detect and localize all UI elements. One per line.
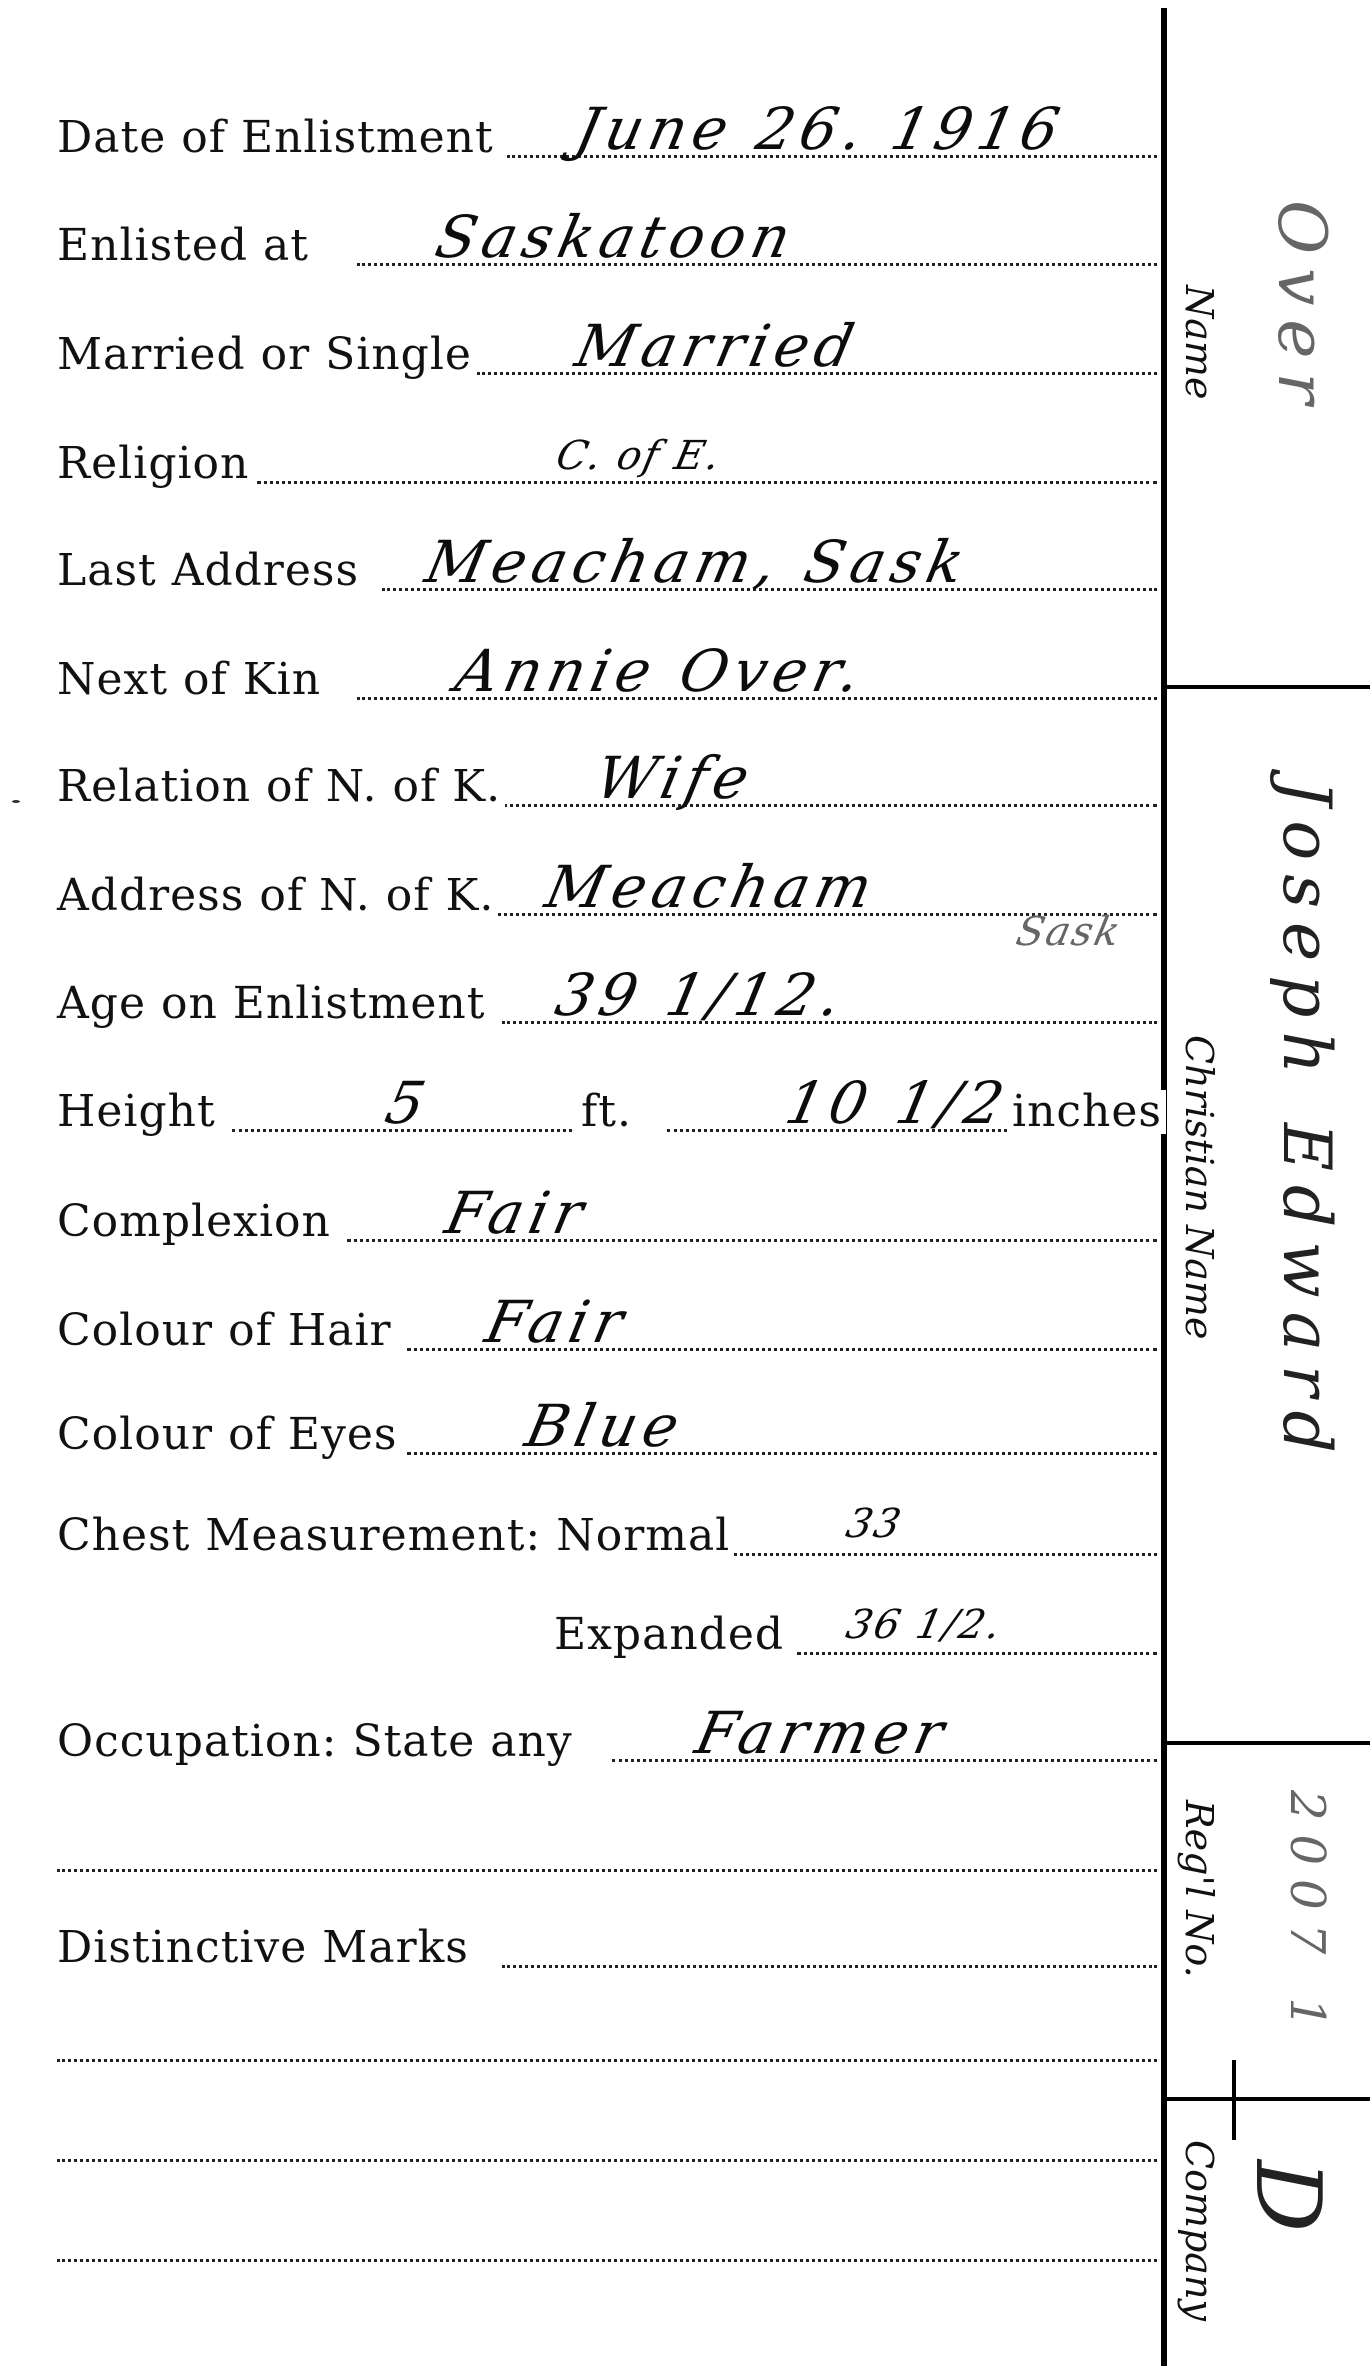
field-value: Saskatoon <box>431 208 802 266</box>
field-age-on-enlistment: Age on Enlistment 39 1/12. <box>57 962 1157 1032</box>
inner-tick <box>1232 2060 1236 2140</box>
height-inches-value: 10 1/2 <box>781 1074 1015 1132</box>
field-label: Expanded <box>554 1613 788 1657</box>
attestation-card: Date of Enlistment June 26. 1916 Enliste… <box>0 0 1370 2366</box>
field-value: Annie Over. <box>451 642 872 700</box>
divider-regt-company <box>1167 2097 1370 2101</box>
field-chest-normal: Chest Measurement: Normal 33 <box>57 1494 1157 1564</box>
field-occupation: Occupation: State any Farmer <box>57 1700 1157 1770</box>
christian-name-value: Joseph Edward <box>1268 780 1345 1467</box>
christian-name-section-label: Christian Name <box>1180 1035 1218 1339</box>
field-height: Height 5 ft. 10 1/2 inches <box>57 1070 1157 1140</box>
divider-name-christian <box>1167 685 1370 689</box>
field-value: 36 1/2. <box>843 1605 1006 1645</box>
field-label: Colour of Eyes <box>57 1413 401 1457</box>
company-value: D <box>1235 2160 1340 2246</box>
field-label: Address of N. of K. <box>57 874 498 918</box>
field-value: Fair <box>441 1184 595 1242</box>
feet-unit-label: ft. <box>581 1090 636 1134</box>
field-value: June 26. 1916 <box>571 100 1070 158</box>
field-colour-of-hair: Colour of Hair Fair <box>57 1289 1157 1359</box>
distinctive-marks-line-3 <box>57 2100 1157 2170</box>
field-value: Fair <box>481 1293 635 1351</box>
field-next-of-kin: Next of Kin Annie Over. <box>57 638 1157 708</box>
field-label: Colour of Hair <box>57 1309 396 1353</box>
dotted-line <box>407 1452 1157 1455</box>
field-label: Last Address <box>57 549 363 593</box>
field-label: Next of Kin <box>57 658 325 702</box>
field-label: Age on Enlistment <box>57 982 489 1026</box>
field-relation-of-nok: Relation of N. of K. Wife <box>57 745 1157 815</box>
dotted-line <box>727 1553 1157 1556</box>
dotted-line <box>502 1965 1157 1968</box>
field-label: Occupation: State any <box>57 1720 577 1764</box>
field-distinctive-marks: Distinctive Marks <box>57 1906 1157 1976</box>
field-value: C. of E. <box>553 436 726 476</box>
dotted-line <box>797 1652 1157 1655</box>
field-religion: Religion C. of E. <box>57 422 1157 492</box>
distinctive-marks-line-2 <box>57 2000 1157 2070</box>
dotted-line <box>57 2159 1157 2162</box>
field-label: Religion <box>57 442 253 486</box>
field-date-of-enlistment: Date of Enlistment June 26. 1916 <box>57 96 1157 166</box>
field-label: Chest Measurement: Normal <box>57 1514 734 1558</box>
company-section-label: Company <box>1180 2140 1218 2321</box>
field-value: Meacham <box>541 858 883 916</box>
field-value: Wife <box>591 749 760 807</box>
regt-no-value: 2007 1 <box>1279 1790 1335 2042</box>
name-value: Over <box>1263 200 1340 418</box>
field-value: Married <box>571 317 865 375</box>
field-value-extra: Sask <box>1013 912 1126 952</box>
regt-no-section-label: Reg'l No. <box>1180 1800 1218 1978</box>
occupation-continuation-line <box>57 1810 1157 1880</box>
height-feet-value: 5 <box>381 1074 436 1132</box>
dotted-line <box>57 1869 1157 1872</box>
field-label: Enlisted at <box>57 224 313 268</box>
field-label: Height <box>57 1090 220 1134</box>
field-label: Complexion <box>57 1200 335 1244</box>
divider-christian-regt <box>1167 1741 1370 1745</box>
field-enlisted-at: Enlisted at Saskatoon <box>57 204 1157 274</box>
distinctive-marks-line-4 <box>57 2200 1157 2270</box>
field-address-of-nok: Address of N. of K. Meacham Sask <box>57 854 1157 924</box>
field-married-or-single: Married or Single Married <box>57 313 1157 383</box>
field-label: Distinctive Marks <box>57 1926 473 1970</box>
dotted-line <box>57 2259 1157 2262</box>
field-colour-of-eyes: Colour of Eyes Blue <box>57 1393 1157 1463</box>
dotted-line <box>57 2059 1157 2062</box>
field-chest-expanded: Expanded 36 1/2. <box>57 1593 1157 1663</box>
field-value: 33 <box>843 1504 906 1544</box>
field-value: Farmer <box>691 1704 955 1762</box>
stray-mark <box>12 800 20 803</box>
inches-unit-label: inches <box>1012 1090 1166 1134</box>
field-value: 39 1/12. <box>551 966 852 1024</box>
field-label: Married or Single <box>57 333 476 377</box>
field-label: Date of Enlistment <box>57 116 498 160</box>
name-section-label: Name <box>1180 285 1218 399</box>
field-last-address: Last Address Meacham, Sask <box>57 529 1157 599</box>
field-complexion: Complexion Fair <box>57 1180 1157 1250</box>
field-value: Meacham, Sask <box>421 533 975 591</box>
main-vertical-rule <box>1161 8 1167 2366</box>
dotted-line <box>257 481 1157 484</box>
field-label: Relation of N. of K. <box>57 765 505 809</box>
field-value: Blue <box>521 1397 690 1455</box>
